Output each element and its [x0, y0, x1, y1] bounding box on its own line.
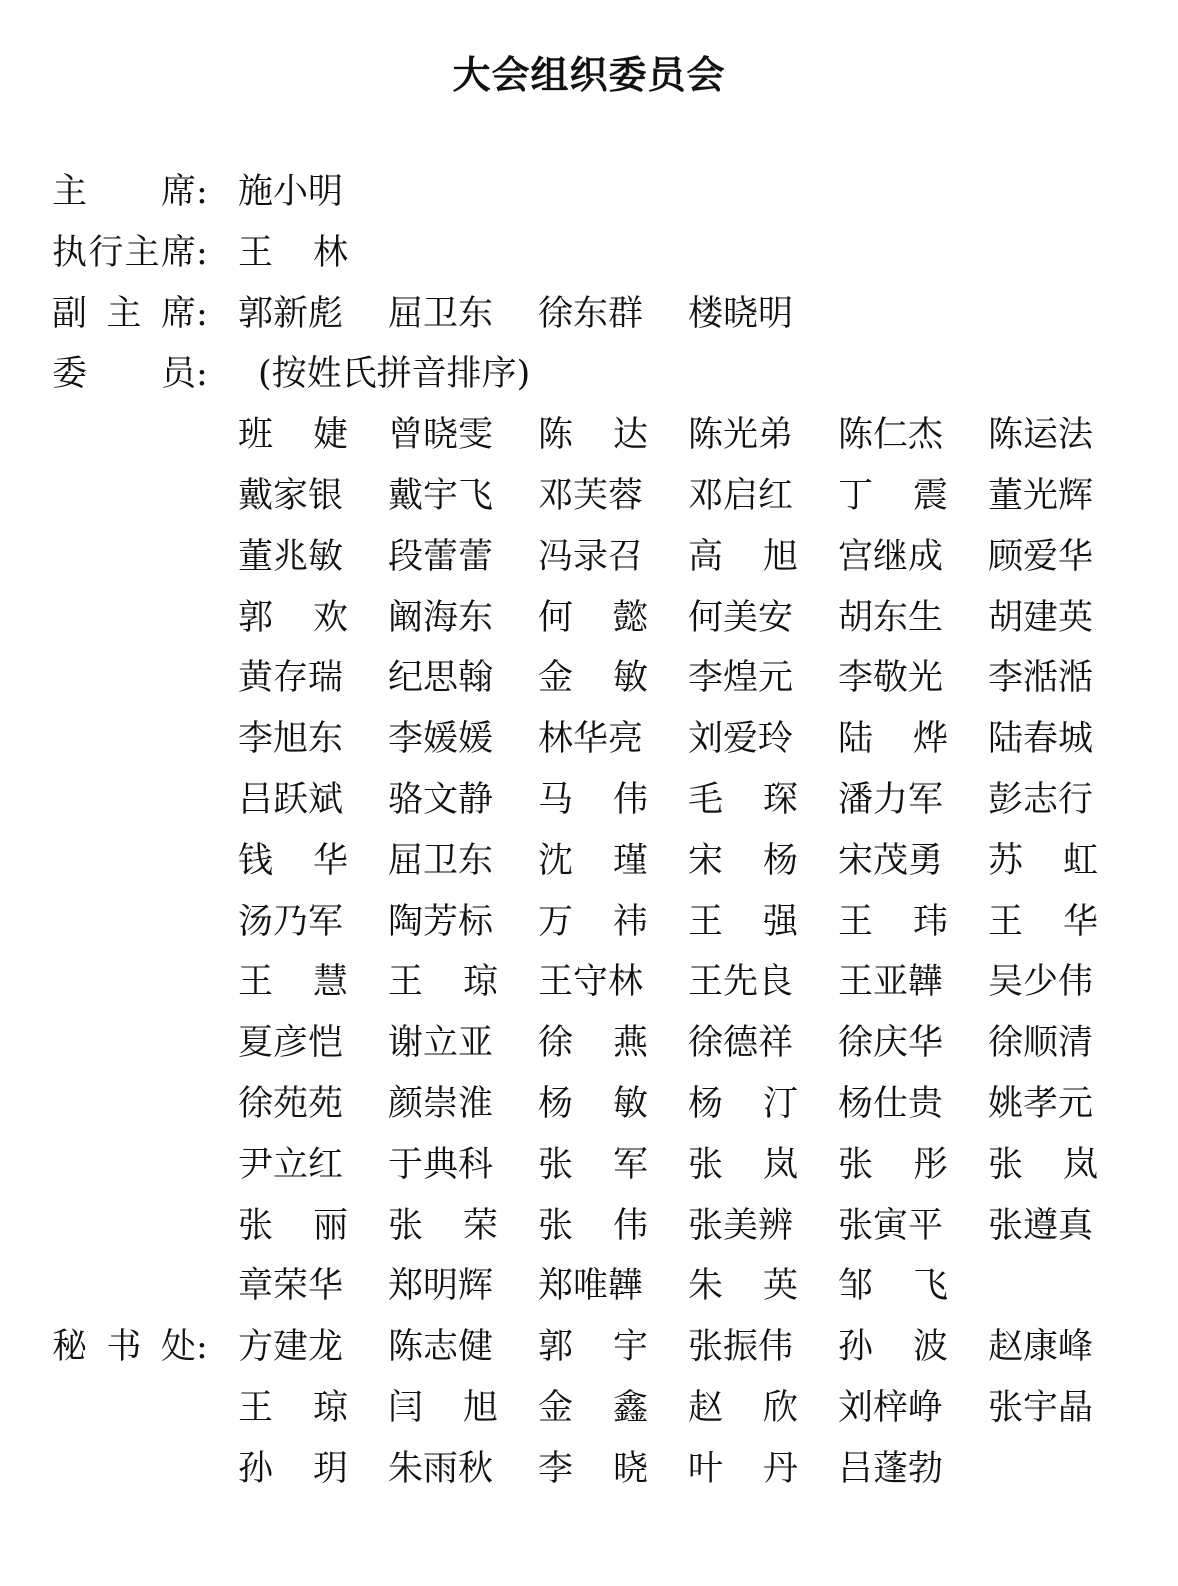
label-colon: : [196, 168, 208, 216]
person-name: 王慧 [238, 958, 348, 1006]
person-name: 李媛媛 [388, 715, 498, 763]
person-name: 彭志行 [988, 776, 1098, 824]
person-name: 丁震 [838, 472, 948, 520]
person-name: 孙玥 [238, 1445, 348, 1493]
label-char: 副 [52, 290, 87, 338]
label-char: 执 [52, 229, 87, 277]
person-name: 郭新彪 [238, 290, 348, 338]
person-name: 孙波 [838, 1323, 948, 1371]
person-name: 施小明 [238, 168, 348, 216]
person-name: 王华 [988, 898, 1098, 946]
person-name: 李旭东 [238, 715, 348, 763]
secretariat-row: 秘书处:方建龙陈志健郭宇张振伟孙波赵康峰 [0, 1323, 1178, 1371]
chair-row: 主席:施小明 [0, 168, 1178, 216]
secretariat-row: 孙玥朱雨秋李晓叶丹吕蓬勃 [0, 1445, 1178, 1493]
person-name: 张丽 [238, 1202, 348, 1250]
person-name: 李敬光 [838, 654, 948, 702]
person-name: 朱英 [688, 1262, 798, 1310]
secretariat-row: 王琼闫旭金鑫赵欣刘梓峥张宇晶 [0, 1384, 1178, 1432]
person-name: 汤乃军 [238, 898, 348, 946]
person-name: 阚海东 [388, 594, 498, 642]
person-name: 郭宇 [538, 1323, 648, 1371]
members-row: 郭欢阚海东何懿何美安胡东生胡建英 [0, 594, 1178, 642]
person-name: 马伟 [538, 776, 648, 824]
person-name: 沈瑾 [538, 837, 648, 885]
person-name: 董兆敏 [238, 533, 348, 581]
person-name: 王玮 [838, 898, 948, 946]
person-name: 胡东生 [838, 594, 948, 642]
exec-chair-row: 执行主席:王林 [0, 229, 1178, 277]
person-name: 邓芙蓉 [538, 472, 648, 520]
person-name: 陈达 [538, 411, 648, 459]
person-name: 张荣 [388, 1202, 498, 1250]
person-name: 黄存瑞 [238, 654, 348, 702]
person-name: 骆文静 [388, 776, 498, 824]
members-row: 徐苑苑颜崇淮杨敏杨汀杨仕贵姚孝元 [0, 1080, 1178, 1128]
person-name: 宋茂勇 [838, 837, 948, 885]
person-name: 戴宇飞 [388, 472, 498, 520]
label-char: 行 [88, 229, 123, 277]
person-name: 王林 [238, 229, 348, 277]
person-name: 闫旭 [388, 1384, 498, 1432]
person-name: 张寅平 [838, 1202, 948, 1250]
person-name: 宫继成 [838, 533, 948, 581]
person-name: 王琼 [388, 958, 498, 1006]
person-name: 吕蓬勃 [838, 1445, 948, 1493]
members-row: 黄存瑞纪思翰金敏李煌元李敬光李湉湉 [0, 654, 1178, 702]
person-name: 张宇晶 [988, 1384, 1098, 1432]
person-name: 宋杨 [688, 837, 798, 885]
members-row: 王慧王琼王守林王先良王亚韡吴少伟 [0, 958, 1178, 1006]
label-char: 主 [52, 168, 87, 216]
person-name: 张遵真 [988, 1202, 1098, 1250]
label-char: 书 [106, 1323, 141, 1371]
person-name: 万祎 [538, 898, 648, 946]
person-name: 楼晓明 [688, 290, 798, 338]
person-name: 李湉湉 [988, 654, 1098, 702]
vice-chair-label: 副主席 [52, 290, 196, 338]
person-name: 张岚 [988, 1141, 1098, 1189]
person-name: 徐苑苑 [238, 1080, 348, 1128]
person-name: 潘力军 [838, 776, 948, 824]
person-name: 徐德祥 [688, 1019, 798, 1067]
person-name: 郭欢 [238, 594, 348, 642]
person-name: 纪思翰 [388, 654, 498, 702]
vice-chair-row: 副主席:郭新彪屈卫东徐东群楼晓明 [0, 290, 1178, 338]
person-name: 冯录召 [538, 533, 648, 581]
person-name: 方建龙 [238, 1323, 348, 1371]
page-title: 大会组织委员会 [0, 44, 1178, 99]
person-name: 张伟 [538, 1202, 648, 1250]
person-name: 章荣华 [238, 1262, 348, 1310]
members-row: 钱华屈卫东沈瑾宋杨宋茂勇苏虹 [0, 837, 1178, 885]
members-row: 董兆敏段蕾蕾冯录召高旭宫继成顾爱华 [0, 533, 1178, 581]
sort-note: (按姓氏拼音排序) [258, 350, 530, 398]
person-name: 陆烨 [838, 715, 948, 763]
label-char: 处 [161, 1323, 196, 1371]
person-name: 赵欣 [688, 1384, 798, 1432]
person-name: 钱华 [238, 837, 348, 885]
person-name: 吴少伟 [988, 958, 1098, 1006]
label-char: 席 [161, 168, 196, 216]
person-name: 班婕 [238, 411, 348, 459]
person-name: 陶芳标 [388, 898, 498, 946]
person-name: 郑明辉 [388, 1262, 498, 1310]
person-name: 杨汀 [688, 1080, 798, 1128]
person-name: 徐东群 [538, 290, 648, 338]
person-name: 李晓 [538, 1445, 648, 1493]
person-name: 陈志健 [388, 1323, 498, 1371]
label-char: 委 [52, 350, 87, 398]
person-name: 苏虹 [988, 837, 1098, 885]
person-name: 徐庆华 [838, 1019, 948, 1067]
person-name: 高旭 [688, 533, 798, 581]
label-char: 主 [106, 290, 141, 338]
members-row: 尹立红于典科张军张岚张彤张岚 [0, 1141, 1178, 1189]
person-name: 邹飞 [838, 1262, 948, 1310]
members-row: 戴家银戴宇飞邓芙蓉邓启红丁震董光辉 [0, 472, 1178, 520]
label-char: 秘 [52, 1323, 87, 1371]
label-char: 员 [161, 350, 196, 398]
person-name: 姚孝元 [988, 1080, 1098, 1128]
person-name: 杨仕贵 [838, 1080, 948, 1128]
person-name: 张振伟 [688, 1323, 798, 1371]
label-char: 席 [161, 290, 196, 338]
label-colon: : [196, 350, 208, 398]
person-name: 王亚韡 [838, 958, 948, 1006]
person-name: 董光辉 [988, 472, 1098, 520]
person-name: 顾爱华 [988, 533, 1098, 581]
person-name: 于典科 [388, 1141, 498, 1189]
person-name: 王强 [688, 898, 798, 946]
person-name: 夏彦恺 [238, 1019, 348, 1067]
person-name: 叶丹 [688, 1445, 798, 1493]
person-name: 王先良 [688, 958, 798, 1006]
person-name: 何美安 [688, 594, 798, 642]
person-name: 徐顺清 [988, 1019, 1098, 1067]
person-name: 何懿 [538, 594, 648, 642]
members-row: 夏彦恺谢立亚徐燕徐德祥徐庆华徐顺清 [0, 1019, 1178, 1067]
person-name: 林华亮 [538, 715, 648, 763]
label-colon: : [196, 229, 208, 277]
members-row: 张丽张荣张伟张美辨张寅平张遵真 [0, 1202, 1178, 1250]
person-name: 金敏 [538, 654, 648, 702]
person-name: 屈卫东 [388, 837, 498, 885]
secretariat-label: 秘书处 [52, 1323, 196, 1371]
person-name: 徐燕 [538, 1019, 648, 1067]
person-name: 屈卫东 [388, 290, 498, 338]
person-name: 陈光弟 [688, 411, 798, 459]
label-char: 席 [161, 229, 196, 277]
members-label: 委员 [52, 350, 196, 398]
chair-label: 主席 [52, 168, 196, 216]
person-name: 杨敏 [538, 1080, 648, 1128]
label-colon: : [196, 290, 208, 338]
person-name: 陆春城 [988, 715, 1098, 763]
label-char: 主 [125, 229, 160, 277]
person-name: 吕跃斌 [238, 776, 348, 824]
person-name: 尹立红 [238, 1141, 348, 1189]
person-name: 毛琛 [688, 776, 798, 824]
person-name: 张岚 [688, 1141, 798, 1189]
person-name: 金鑫 [538, 1384, 648, 1432]
label-colon: : [196, 1323, 208, 1371]
person-name: 刘梓峥 [838, 1384, 948, 1432]
person-name: 戴家银 [238, 472, 348, 520]
person-name: 张彤 [838, 1141, 948, 1189]
person-name: 陈仁杰 [838, 411, 948, 459]
person-name: 王守林 [538, 958, 648, 1006]
person-name: 曾晓雯 [388, 411, 498, 459]
person-name: 段蕾蕾 [388, 533, 498, 581]
members-row: 班婕曾晓雯陈达陈光弟陈仁杰陈运法 [0, 411, 1178, 459]
members-row: 章荣华郑明辉郑唯韡朱英邹飞 [0, 1262, 1178, 1310]
person-name: 张美辨 [688, 1202, 798, 1250]
person-name: 张军 [538, 1141, 648, 1189]
person-name: 胡建英 [988, 594, 1098, 642]
person-name: 李煌元 [688, 654, 798, 702]
person-name: 谢立亚 [388, 1019, 498, 1067]
exec-chair-label: 执行主席 [52, 229, 196, 277]
person-name: 王琼 [238, 1384, 348, 1432]
person-name: 陈运法 [988, 411, 1098, 459]
person-name: 邓启红 [688, 472, 798, 520]
members-row: 汤乃军陶芳标万祎王强王玮王华 [0, 898, 1178, 946]
members-row: 吕跃斌骆文静马伟毛琛潘力军彭志行 [0, 776, 1178, 824]
person-name: 朱雨秋 [388, 1445, 498, 1493]
members-row: 李旭东李媛媛林华亮刘爱玲陆烨陆春城 [0, 715, 1178, 763]
person-name: 郑唯韡 [538, 1262, 648, 1310]
members-header-row: 委员:(按姓氏拼音排序) [0, 350, 1178, 398]
person-name: 赵康峰 [988, 1323, 1098, 1371]
person-name: 刘爱玲 [688, 715, 798, 763]
person-name: 颜崇淮 [388, 1080, 498, 1128]
